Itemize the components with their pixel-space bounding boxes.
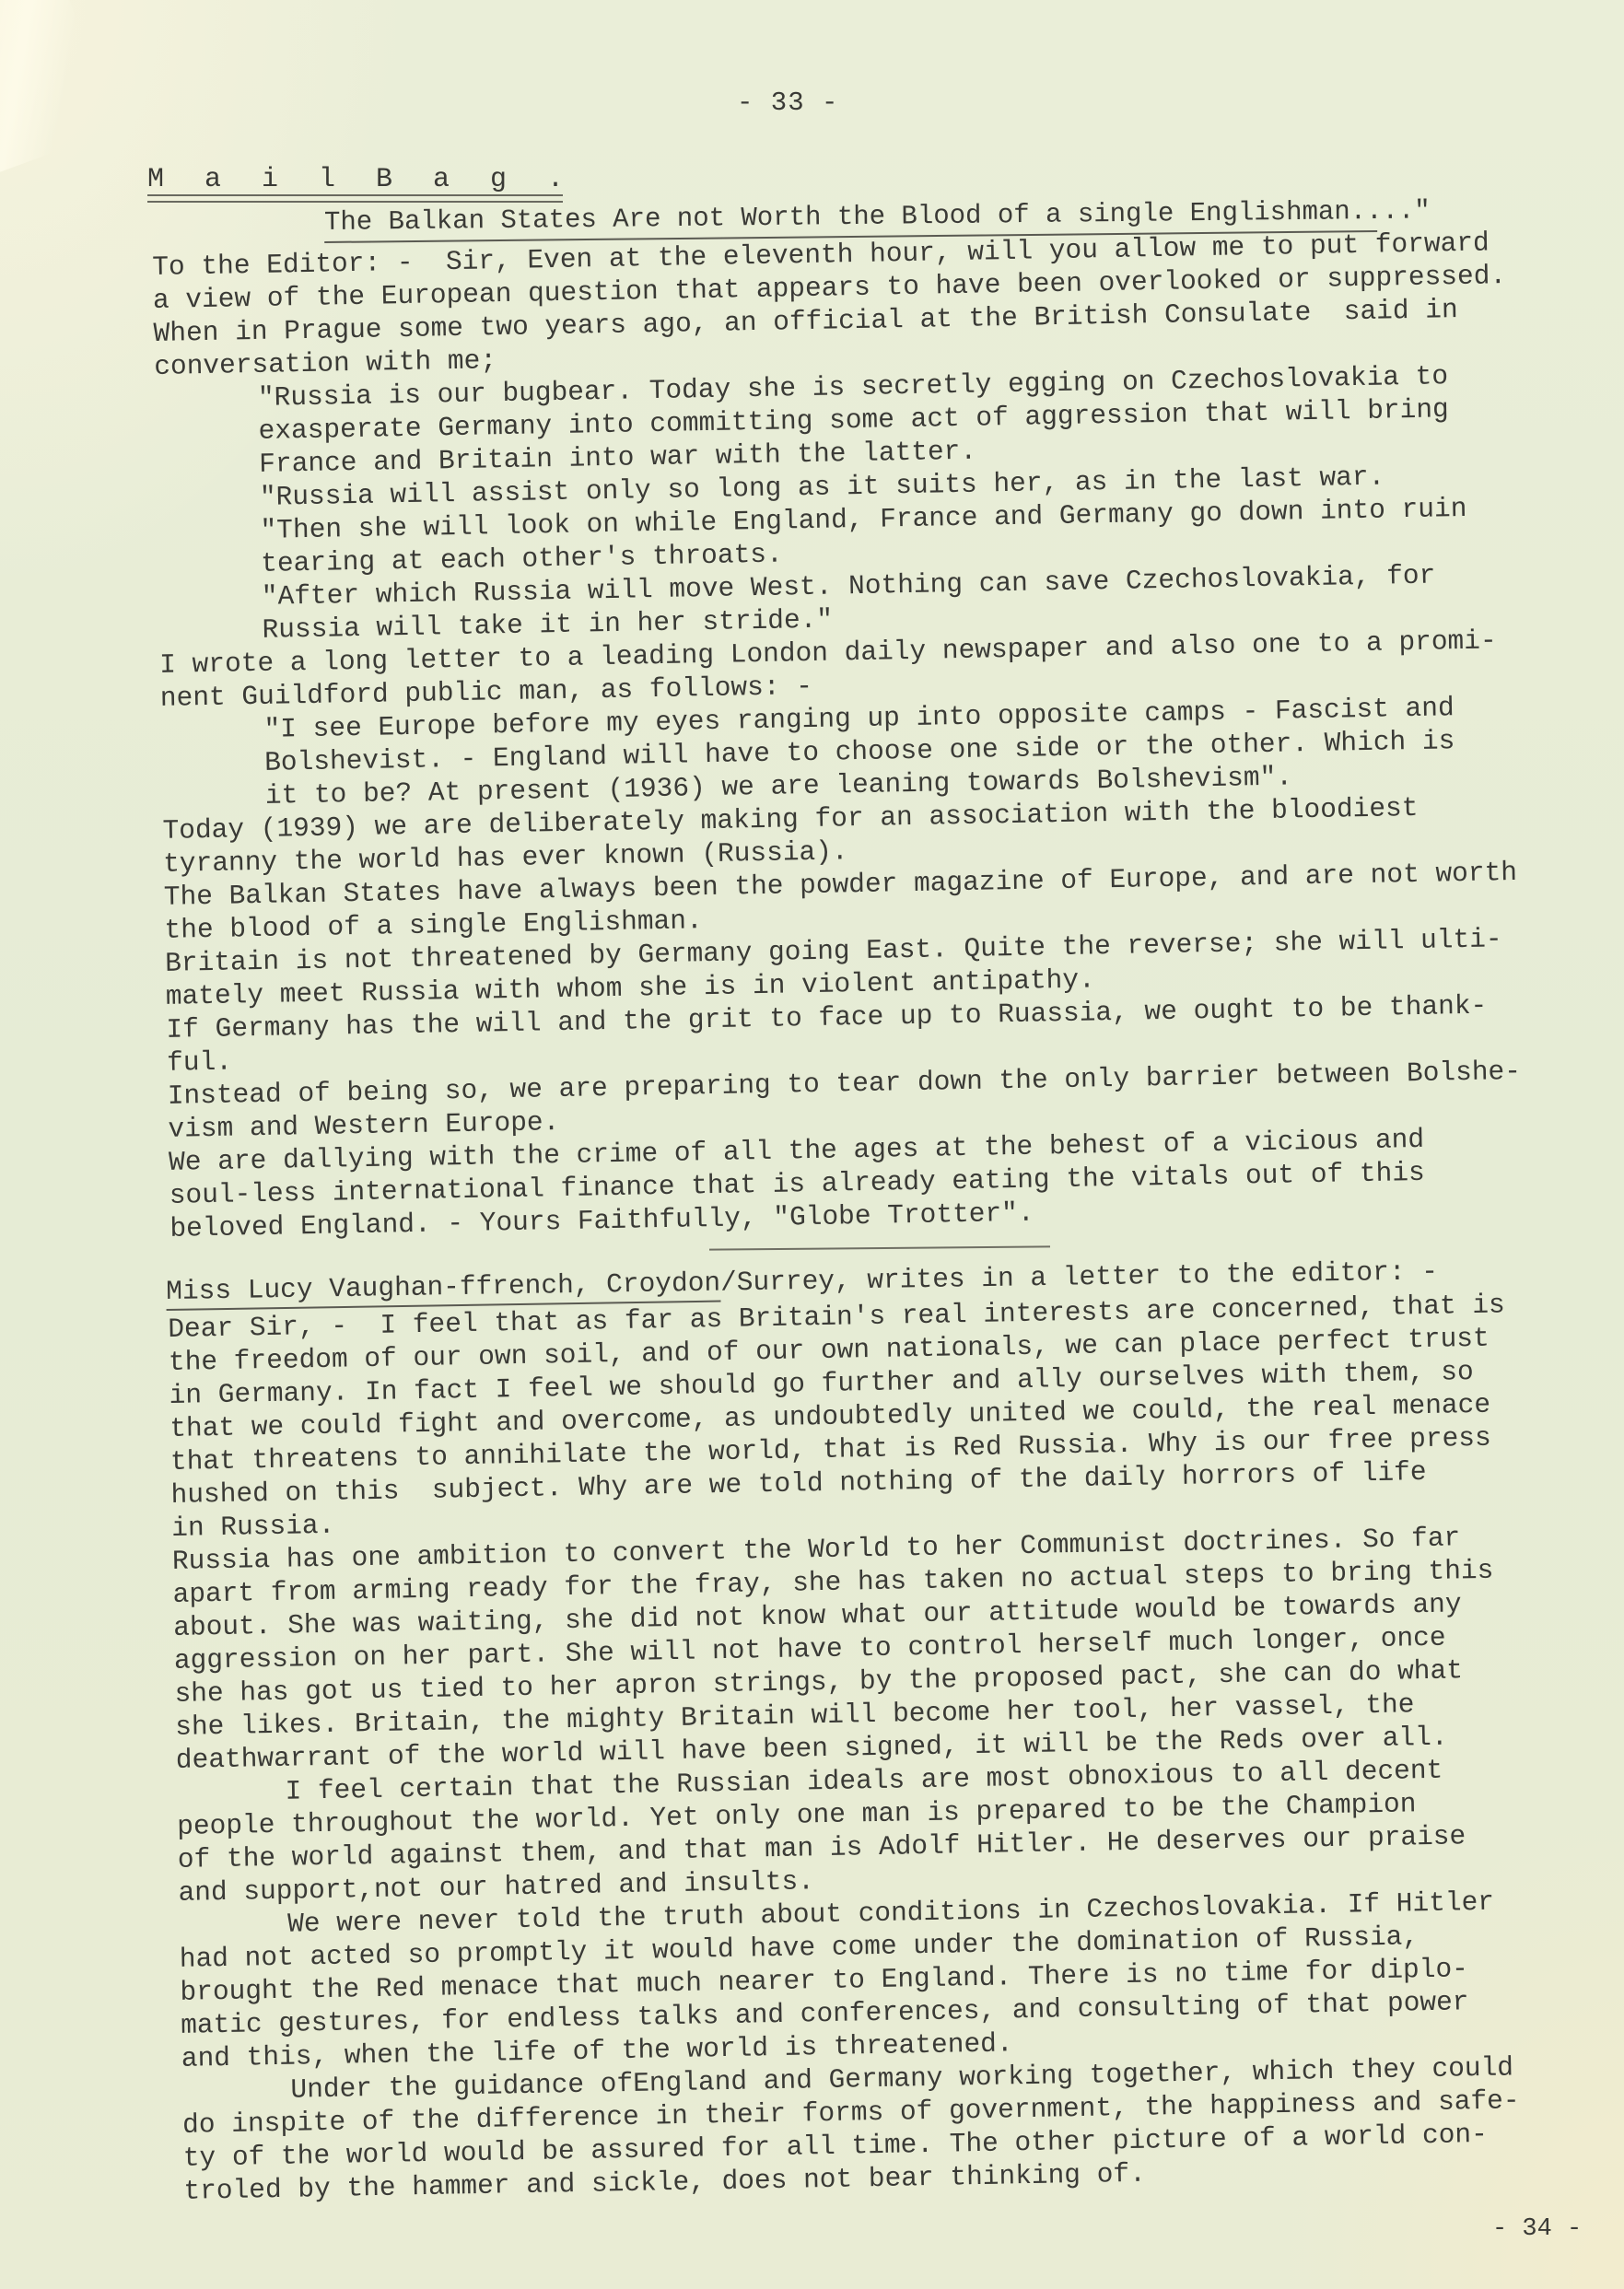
page-number-bottom: - 34 - <box>1492 2215 1582 2243</box>
letter2-body: Dear Sir, - I feel that as far as Britai… <box>168 1288 1521 2207</box>
letter2-author: Miss Lucy Vaughan-ffrench, Croydon <box>166 1267 720 1307</box>
document-page: - 33 - M a i l B a g . The Balkan States… <box>0 0 1624 2289</box>
letter-divider <box>709 1245 1050 1250</box>
section-title-text: M a i l B a g . <box>147 164 576 195</box>
paper-crease <box>0 0 117 174</box>
section-title: M a i l B a g . <box>147 164 576 195</box>
section-title-double-underline <box>147 194 563 203</box>
letter1-body: To the Editor: - Sir, Even at the eleven… <box>152 226 1524 1245</box>
page-number-top: - 33 - <box>737 88 838 118</box>
